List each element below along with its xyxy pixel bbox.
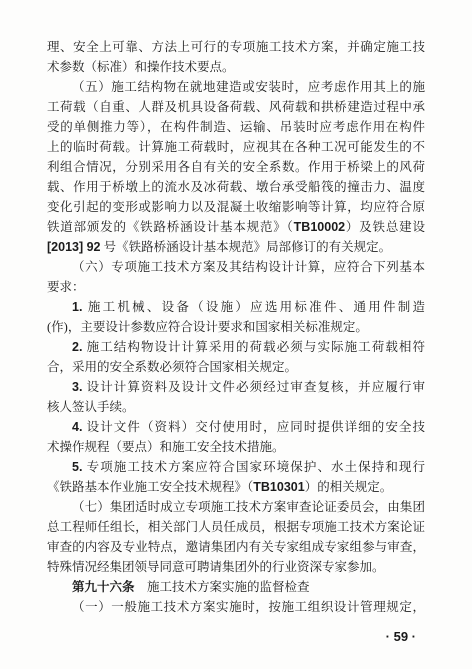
- text-line: 核人签认手续。: [47, 397, 425, 417]
- text-line: （五）施工结构物在就地建造或安装时，应考虑作用其上的施: [47, 77, 425, 97]
- text-segment: 专项施工技术方案应符合国家环境保护、水土保持和现行: [82, 460, 425, 474]
- bold-text-segment: 4.: [72, 420, 82, 434]
- text-line: （七）集团适时成立专项施工技术方案审查论证委员会，由集团: [47, 497, 425, 517]
- text-segment: 施工结构物设计计算采用的荷载必须与实际施工荷载相符: [82, 340, 425, 354]
- text-line: 利组合情况，分别采用各自有关的安全系数。作用于桥梁上的风荷: [47, 157, 425, 177]
- text-line: 2. 施工结构物设计计算采用的荷载必须与实际施工荷载相符: [47, 337, 425, 357]
- text-segment: ）的相关规定。: [305, 480, 393, 494]
- text-segment: 特殊情况经集团领导同意可聘请集团外的行业资深专家参加。: [47, 560, 385, 574]
- text-segment: （七）集团适时成立专项施工技术方案审查论证委员会，由集团: [72, 500, 425, 514]
- text-segment: 号《铁路桥涵设计基本规范》局部修订的有关规定。: [101, 240, 392, 254]
- bold-text-segment: 第九十六条: [72, 580, 135, 594]
- text-line: 术操作规程（要点）和施工安全技术措施。: [47, 437, 425, 457]
- text-segment: 术操作规程（要点）和施工安全技术措施。: [47, 440, 285, 454]
- text-segment: 术参数（标准）和操作技术要点。: [47, 60, 235, 74]
- text-segment: 载、作用于桥墩上的流水及冰荷载、墩台承受船筏的撞击力、温度: [47, 180, 425, 194]
- text-line: 审查的内容及专业特点，邀请集团内有关专家组成专家组参与审查，: [47, 537, 425, 557]
- text-line: 3. 设计计算资料及设计文件必须经过审查复核，并应履行审: [47, 377, 425, 397]
- bold-text-segment: 2.: [72, 340, 82, 354]
- text-line: 《铁路基本作业施工安全技术规程》（TB10301）的相关规定。: [47, 477, 425, 497]
- bold-text-segment: 3.: [72, 380, 82, 394]
- text-line: （六）专项施工技术方案及其结构设计计算，应符合下列基本: [47, 257, 425, 277]
- text-segment: 要求：: [47, 280, 85, 294]
- text-segment: （六）专项施工技术方案及其结构设计计算，应符合下列基本: [72, 260, 425, 274]
- text-segment: （一）一般施工技术方案实施时，按施工组织设计管理规定，: [72, 600, 425, 614]
- text-line: 工荷载（自重、人群及机具设备荷载、风荷载和拱桥建造过程中承: [47, 97, 425, 117]
- text-segment: 受的单侧推力等），在构件制造、运输、吊装时应考虑作用在构件: [47, 120, 425, 134]
- text-line: 术参数（标准）和操作技术要点。: [47, 57, 425, 77]
- text-segment: 变化引起的变形或影响力以及混凝土收缩影响等计算，均应符合原: [47, 200, 425, 214]
- text-line: 总工程师任组长，相关部门人员任成员，根据专项施工技术方案论证: [47, 517, 425, 537]
- text-segment: 审查的内容及专业特点，邀请集团内有关专家组成专家组参与审查，: [47, 540, 425, 554]
- text-line: 4. 设计文件（资料）交付使用时，应同时提供详细的安全技: [47, 417, 425, 437]
- text-line: 特殊情况经集团领导同意可聘请集团外的行业资深专家参加。: [47, 557, 425, 577]
- text-segment: 施工技术方案实施的监督检查: [135, 580, 310, 594]
- bold-text-segment: [2013] 92: [47, 240, 101, 254]
- bold-text-segment: 1.: [72, 300, 82, 314]
- text-segment: 施工机械、设备（设施）应选用标准件、通用件制造: [82, 300, 425, 314]
- text-line: 合，采用的安全系数必须符合国家相关规定。: [47, 357, 425, 377]
- bold-text-segment: TB10002: [294, 220, 345, 234]
- body-text-block: 理、安全上可靠、方法上可行的专项施工技术方案，并确定施工技术参数（标准）和操作技…: [47, 37, 425, 617]
- text-segment: ）及铁总建设: [345, 220, 425, 234]
- page-number: · 59 ·: [386, 629, 416, 645]
- text-line: 第九十六条 施工技术方案实施的监督检查: [47, 577, 425, 597]
- text-line: （一）一般施工技术方案实施时，按施工组织设计管理规定，: [47, 597, 425, 617]
- text-segment: （五）施工结构物在就地建造或安装时，应考虑作用其上的施: [72, 80, 425, 94]
- text-segment: 工荷载（自重、人群及机具设备荷载、风荷载和拱桥建造过程中承: [47, 100, 425, 114]
- text-segment: 上的临时荷载。计算施工荷载时，应视其在各种工况可能发生的不: [47, 140, 425, 154]
- text-line: (作)，主要设计参数应符合设计要求和国家相关标准规定。: [47, 317, 425, 337]
- text-line: 变化引起的变形或影响力以及混凝土收缩影响等计算，均应符合原: [47, 197, 425, 217]
- text-line: 上的临时荷载。计算施工荷载时，应视其在各种工况可能发生的不: [47, 137, 425, 157]
- bold-text-segment: TB10301: [253, 480, 304, 494]
- document-page: 理、安全上可靠、方法上可行的专项施工技术方案，并确定施工技术参数（标准）和操作技…: [0, 0, 472, 669]
- text-line: 受的单侧推力等），在构件制造、运输、吊装时应考虑作用在构件: [47, 117, 425, 137]
- text-segment: 总工程师任组长，相关部门人员任成员，根据专项施工技术方案论证: [47, 520, 425, 534]
- text-segment: 合，采用的安全系数必须符合国家相关规定。: [47, 360, 297, 374]
- text-line: [2013] 92 号《铁路桥涵设计基本规范》局部修订的有关规定。: [47, 237, 425, 257]
- text-segment: 核人签认手续。: [47, 400, 135, 414]
- text-segment: 铁道部颁发的《铁路桥涵设计基本规范》（: [47, 220, 294, 234]
- text-segment: 设计文件（资料）交付使用时，应同时提供详细的安全技: [82, 420, 425, 434]
- bold-text-segment: 5.: [72, 460, 82, 474]
- text-line: 1. 施工机械、设备（设施）应选用标准件、通用件制造: [47, 297, 425, 317]
- text-line: 理、安全上可靠、方法上可行的专项施工技术方案，并确定施工技: [47, 37, 425, 57]
- text-segment: 《铁路基本作业施工安全技术规程》（: [47, 480, 253, 494]
- text-segment: 设计计算资料及设计文件必须经过审查复核，并应履行审: [82, 380, 425, 394]
- text-line: 要求：: [47, 277, 425, 297]
- text-line: 载、作用于桥墩上的流水及冰荷载、墩台承受船筏的撞击力、温度: [47, 177, 425, 197]
- text-line: 铁道部颁发的《铁路桥涵设计基本规范》（TB10002）及铁总建设: [47, 217, 425, 237]
- text-segment: 利组合情况，分别采用各自有关的安全系数。作用于桥梁上的风荷: [47, 160, 425, 174]
- text-segment: (作)，主要设计参数应符合设计要求和国家相关标准规定。: [47, 320, 368, 334]
- text-line: 5. 专项施工技术方案应符合国家环境保护、水土保持和现行: [47, 457, 425, 477]
- text-segment: 理、安全上可靠、方法上可行的专项施工技术方案，并确定施工技: [47, 40, 425, 54]
